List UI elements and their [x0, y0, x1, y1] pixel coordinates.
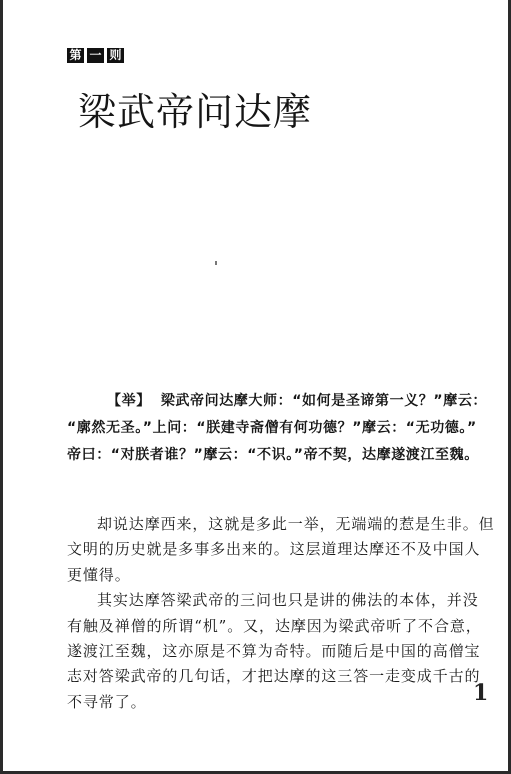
body-text: 却说达摩西来，这就是多此一举，无端端的惹是生非。但 文明的历史就是多事多出来的。…: [67, 512, 459, 715]
paragraph-line: 更懂得。: [67, 563, 459, 588]
paragraph-line: 遂渡江至魏，这亦原是不算为奇特。而随后是中国的高僧宝: [67, 639, 459, 664]
chapter-label-char: 第: [67, 48, 84, 63]
paragraph-line: 志对答梁武帝的几句话，才把达摩的这三答一走变成千古的: [67, 664, 459, 689]
chapter-label-char: 则: [107, 48, 124, 63]
scan-speck: [215, 261, 217, 265]
page-number: 1: [473, 680, 488, 706]
paragraph-line: 不寻常了。: [67, 690, 459, 715]
koan-tag: 【举】: [107, 393, 151, 409]
koan-line: “廓然无圣。”上问：“朕建寺斋僧有何功德？”摩云：“无功德。”: [67, 417, 457, 444]
paragraph-line: 其实达摩答梁武帝的三问也只是讲的佛法的本体，并没: [67, 588, 459, 613]
chapter-title: 梁武帝问达摩: [78, 88, 312, 136]
koan-line: 帝曰：“对朕者谁？”摩云：“不识。”帝不契，达摩遂渡江至魏。: [67, 444, 457, 471]
paragraph-line: 却说达摩西来，这就是多此一举，无端端的惹是生非。但: [67, 512, 459, 537]
chapter-label: 第 一 则: [67, 48, 124, 63]
koan-block: 【举】梁武帝问达摩大师：“如何是圣谛第一义？”摩云： “廓然无圣。”上问：“朕建…: [67, 390, 457, 471]
koan-line: 【举】梁武帝问达摩大师：“如何是圣谛第一义？”摩云：: [67, 390, 457, 417]
paragraph-line: 有触及禅僧的所谓“机”。又，达摩因为梁武帝听了不合意，: [67, 614, 459, 639]
chapter-label-char: 一: [87, 48, 104, 63]
koan-line-text: 梁武帝问达摩大师：“如何是圣谛第一义？”摩云：: [161, 393, 487, 409]
paragraph-line: 文明的历史就是多事多出来的。这层道理达摩还不及中国人: [67, 537, 459, 562]
book-page: 第 一 则 梁武帝问达摩 【举】梁武帝问达摩大师：“如何是圣谛第一义？”摩云： …: [0, 0, 511, 774]
